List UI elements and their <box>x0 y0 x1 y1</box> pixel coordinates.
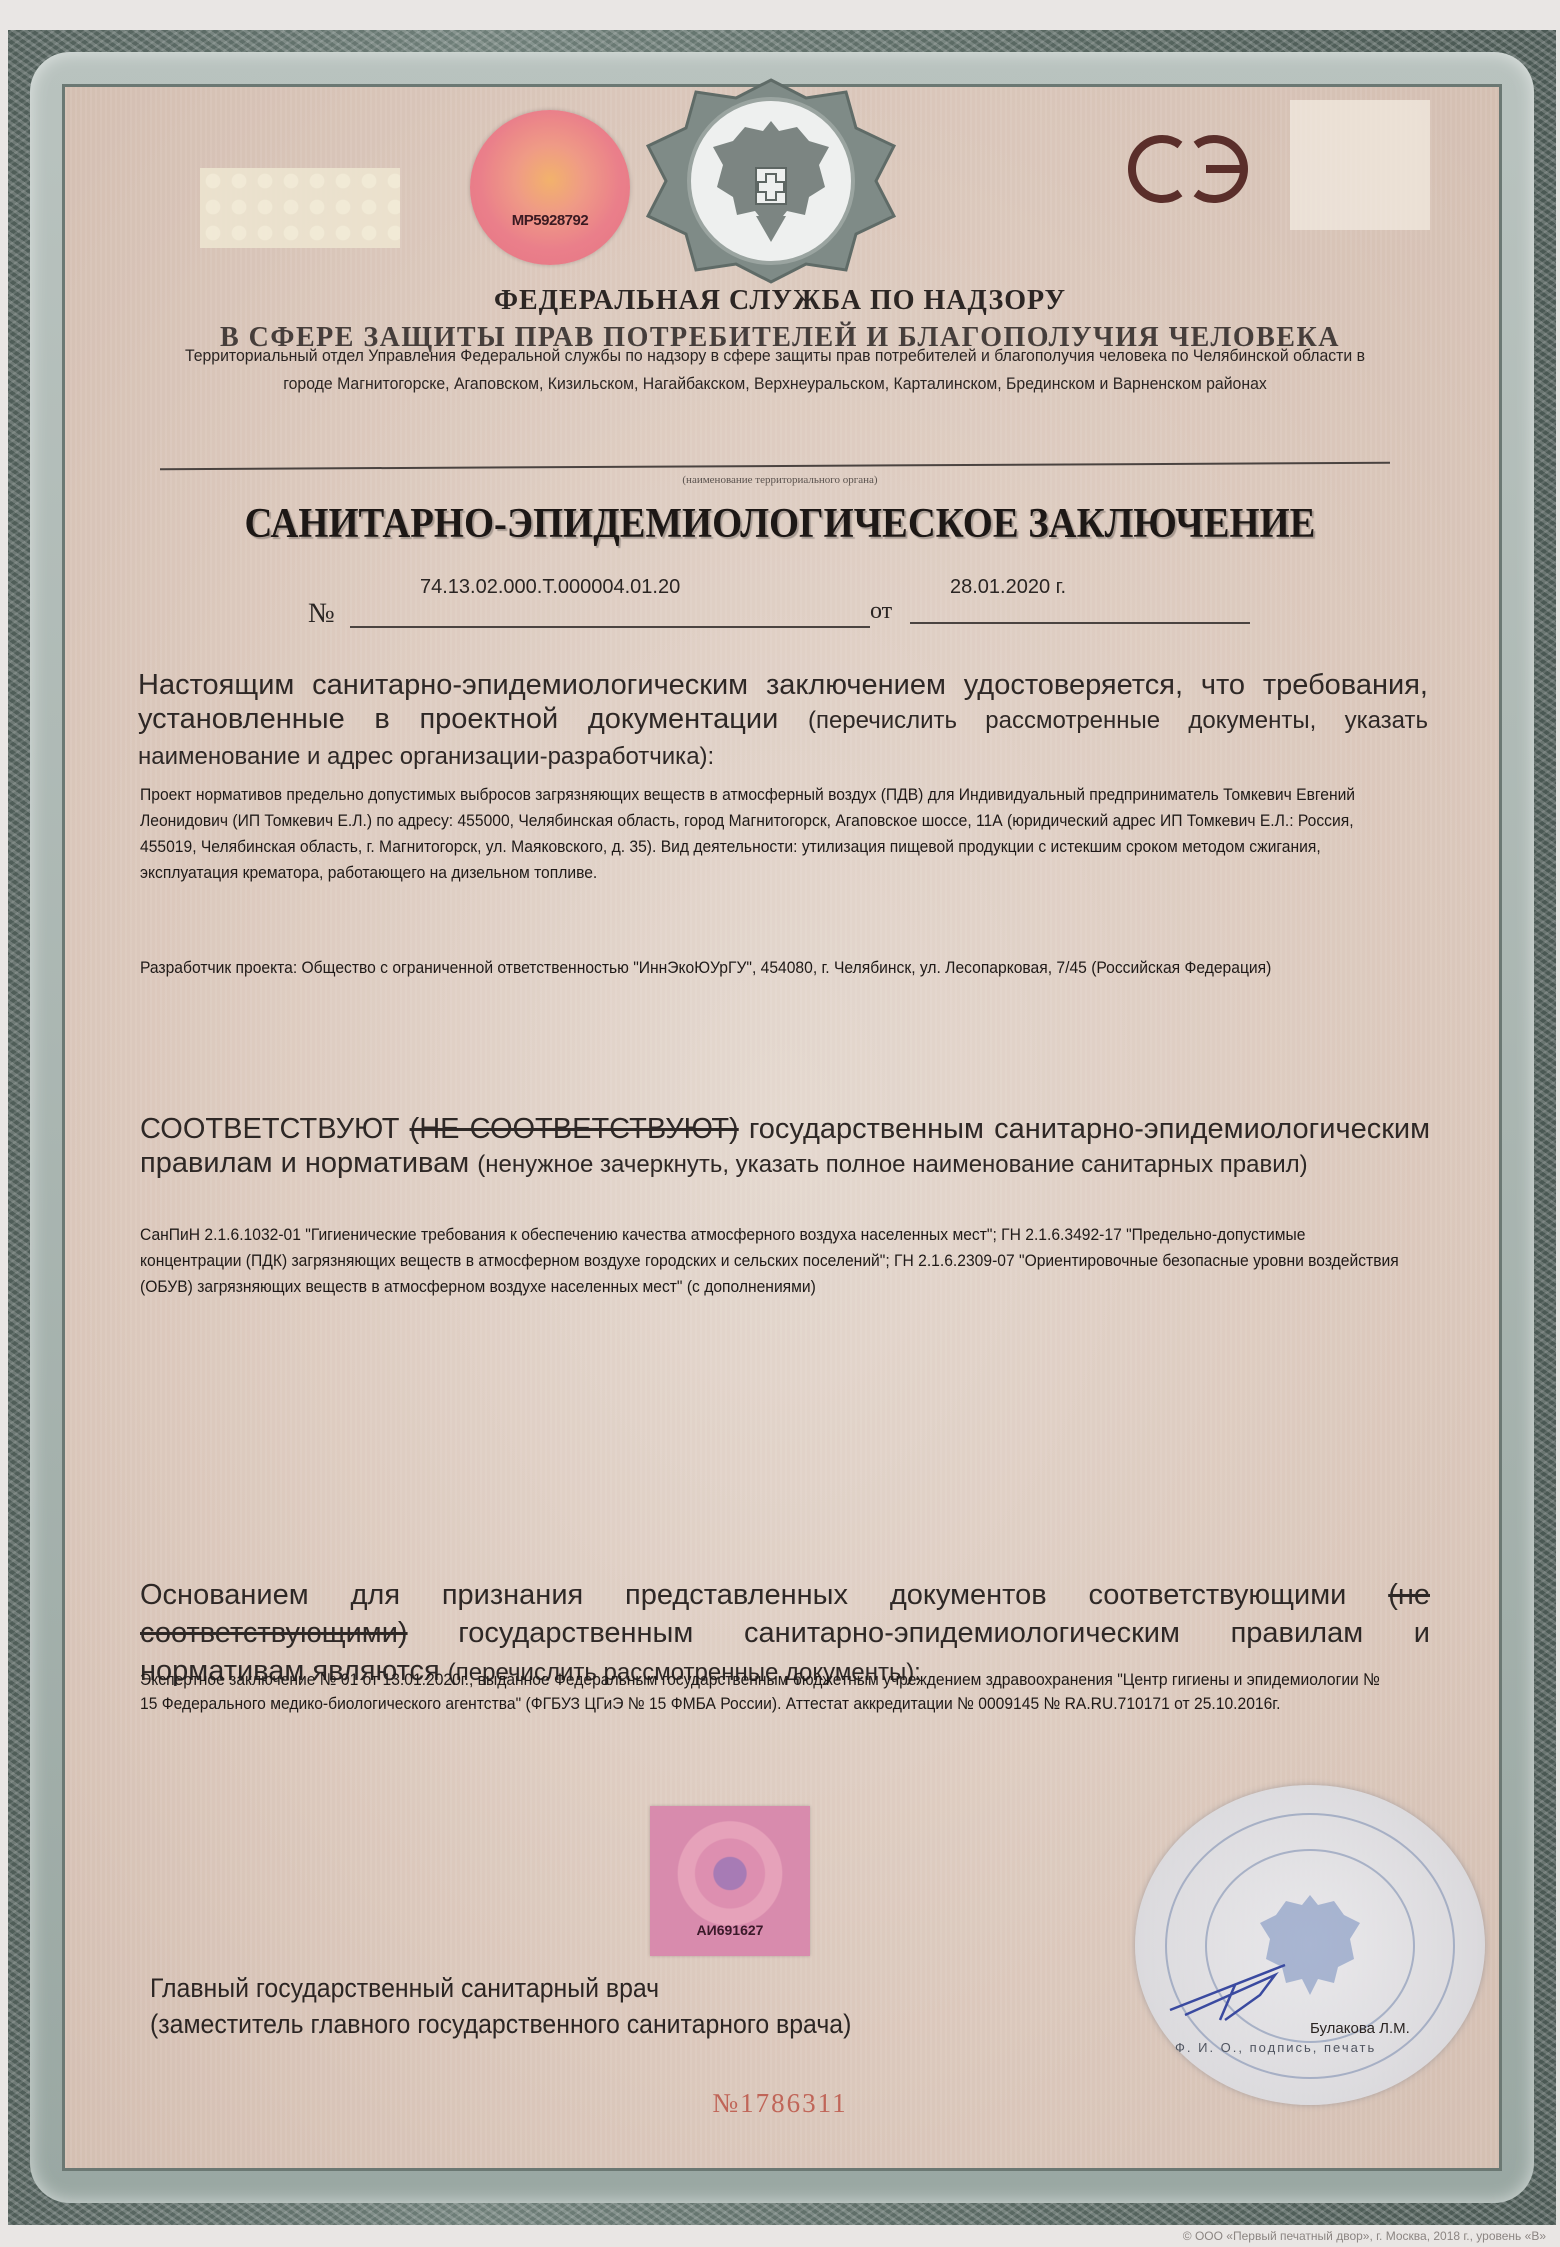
signatory-title-line2: (заместитель главного государственного с… <box>150 2006 851 2042</box>
date-label: от <box>870 598 892 625</box>
date-underline <box>910 622 1250 624</box>
basis-text-before: Основанием для признания представленных … <box>140 1579 1346 1611</box>
hologram-square-serial: АИ691627 <box>650 1922 810 1938</box>
number-label: № <box>308 598 335 630</box>
official-round-stamp: Булакова Л.М. Ф. И. О., подпись, печать <box>1135 1785 1485 2105</box>
signature-caption: Ф. И. О., подпись, печать <box>1175 2040 1376 2055</box>
verdict-selected: СООТВЕТСТВУЮТ <box>140 1113 399 1145</box>
se-conformity-mark-icon <box>1118 127 1258 211</box>
intro-paragraph: Настоящим санитарно-эпидемиологическим з… <box>138 668 1428 774</box>
territorial-body-caption: (наименование территориального органа) <box>0 474 1560 486</box>
signatory-title-line1: Главный государственный санитарный врач <box>150 1970 851 2006</box>
verdict-struck: (НЕ СООТВЕТСТВУЮТ) <box>410 1113 739 1145</box>
sanitary-rules-list: СанПиН 2.1.6.1032-01 "Гигиенические треб… <box>140 1222 1400 1300</box>
number-underline <box>350 626 870 628</box>
certificate-date: 28.01.2020 г. <box>950 576 1066 599</box>
security-lattice-pattern <box>200 168 400 248</box>
hologram-square-sticker: АИ691627 <box>650 1806 810 1956</box>
certificate-number: 74.13.02.000.Т.000004.01.20 <box>420 576 680 599</box>
agency-heading-line1: ФЕДЕРАЛЬНАЯ СЛУЖБА ПО НАДЗОРУ <box>0 285 1560 317</box>
signature-scribble-icon <box>1165 1935 1315 2025</box>
printer-imprint: © ООО «Первый печатный двор», г. Москва,… <box>1183 2229 1546 2243</box>
expert-conclusion: Экспертное заключение № 01 от 13.01.2020… <box>140 1668 1400 1716</box>
territorial-body-name: Территориальный отдел Управления Федерал… <box>175 342 1375 398</box>
hologram-oval-sticker: МР5928792 <box>470 110 630 265</box>
project-developer: Разработчик проекта: Общество с ограниче… <box>140 955 1400 981</box>
pale-security-patch <box>1290 100 1430 230</box>
signatory-title: Главный государственный санитарный врач … <box>150 1970 851 2042</box>
project-description: Проект нормативов предельно допустимых в… <box>140 782 1400 886</box>
signatory-name: Булакова Л.М. <box>1310 2020 1410 2037</box>
blank-serial-number: №1786311 <box>0 2088 1560 2119</box>
hologram-serial: МР5928792 <box>470 212 630 229</box>
rospotrebnadzor-emblem-icon <box>636 76 906 286</box>
document-title: САНИТАРНО-ЭПИДЕМИОЛОГИЧЕСКОЕ ЗАКЛЮЧЕНИЕ <box>62 500 1497 548</box>
verdict-hint: (ненужное зачеркнуть, указать полное наи… <box>477 1151 1307 1178</box>
verdict-paragraph: СООТВЕТСТВУЮТ (НЕ СООТВЕТСТВУЮТ) государ… <box>140 1112 1430 1182</box>
